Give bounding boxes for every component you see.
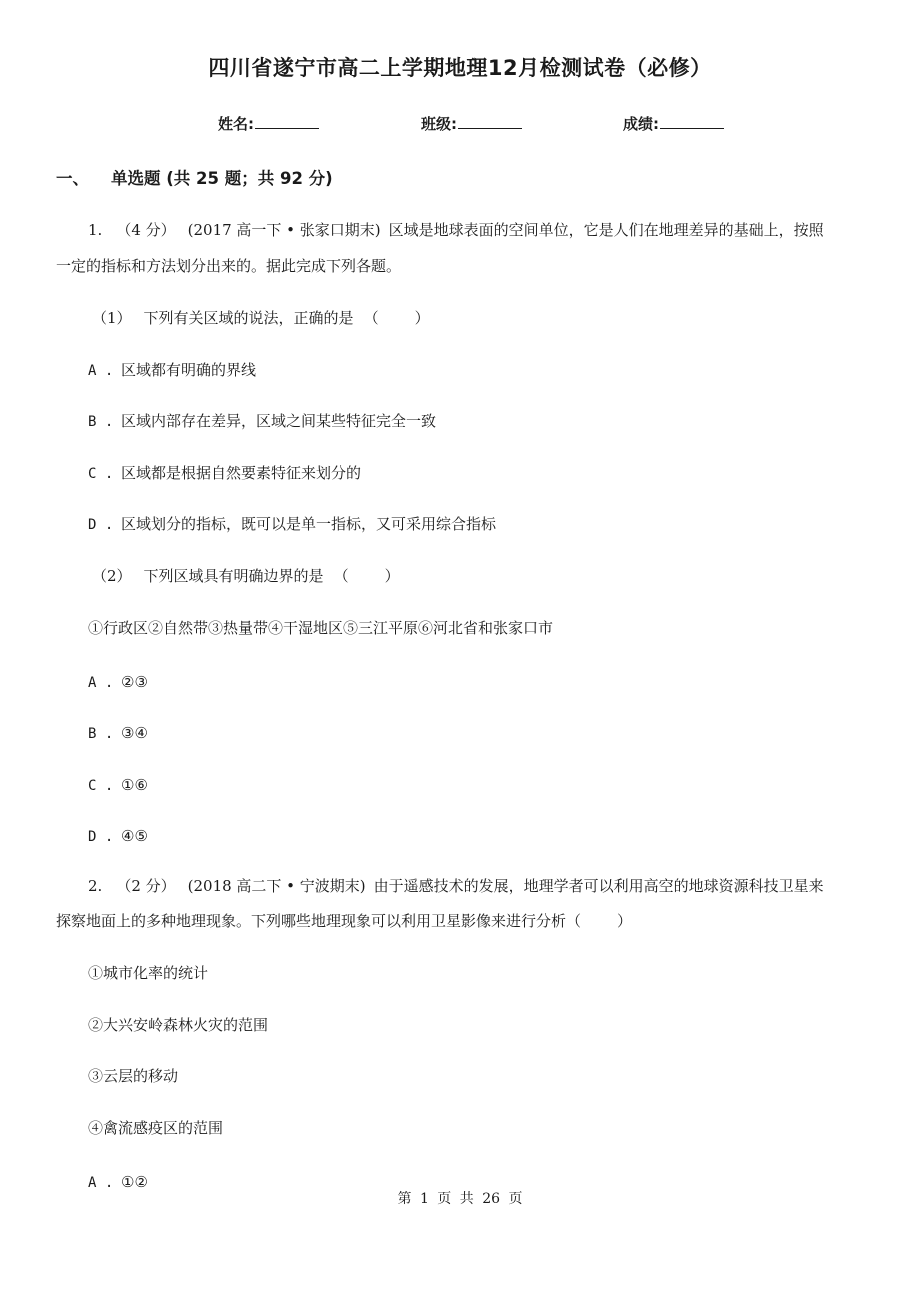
score-field[interactable]: 成绩:	[623, 113, 724, 134]
question-2-stem: 2.（2 分）(2018 高二下 • 宁波期末)由于遥感技术的发展，地理学者可以…	[88, 874, 824, 898]
paren-close: ）	[415, 309, 430, 327]
class-blank[interactable]	[458, 114, 522, 129]
section-title: 单选题 (共 25 题；共 92 分)	[111, 169, 333, 188]
page-footer: 第 1 页 共 26 页	[0, 1188, 920, 1210]
option-letter: C .	[88, 462, 121, 486]
paren-close: ）	[617, 912, 632, 930]
paren-open: （	[334, 567, 349, 585]
sub-question-2-material: ①行政区②自然带③热量带④干湿地区⑤三江平原⑥河北省和张家口市	[88, 616, 553, 640]
option-b[interactable]: B .③④	[88, 721, 148, 746]
question-text: 区域是地球表面的空间单位，它是人们在地理差异的基础上，按照	[389, 221, 824, 239]
option-d[interactable]: D .④⑤	[88, 824, 148, 849]
option-c[interactable]: C .区域都是根据自然要素特征来划分的	[88, 461, 361, 486]
option-c[interactable]: C .①⑥	[88, 773, 148, 798]
class-label: 班级:	[421, 115, 457, 133]
option-letter: B .	[88, 722, 121, 746]
option-text: ③④	[121, 724, 148, 742]
option-a[interactable]: A .区域都有明确的界线	[88, 358, 256, 383]
option-text: 区域都是根据自然要素特征来划分的	[121, 464, 361, 482]
paren-close: ）	[385, 567, 400, 585]
option-letter: D .	[88, 513, 121, 537]
option-d[interactable]: D .区域划分的指标，既可以是单一指标，又可采用综合指标	[88, 512, 496, 537]
statement-item-3: ③云层的移动	[88, 1064, 178, 1088]
question-2-stem-cont: 探察地面上的多种地理现象。下列哪些地理现象可以利用卫星影像来进行分析（）	[56, 909, 632, 933]
question-source: (2017 高一下 • 张家口期末)	[188, 221, 381, 239]
score-blank[interactable]	[660, 114, 724, 129]
option-text: 区域都有明确的界线	[121, 361, 256, 379]
question-source: (2018 高二下 • 宁波期末)	[188, 877, 366, 895]
question-score: （4 分）	[116, 221, 175, 239]
statement-item-4: ④禽流感疫区的范围	[88, 1116, 223, 1140]
name-blank[interactable]	[255, 114, 319, 129]
question-number: 1.	[88, 221, 102, 239]
option-text: 区域划分的指标，既可以是单一指标，又可采用综合指标	[121, 515, 496, 533]
question-1-stem-cont: 一定的指标和方法划分出来的。据此完成下列各题。	[56, 254, 401, 278]
section-number: 一、	[56, 169, 89, 188]
question-1-stem: 1.（4 分）(2017 高一下 • 张家口期末)区域是地球表面的空间单位，它是…	[88, 218, 824, 242]
score-label: 成绩:	[623, 115, 659, 133]
option-text: 区域内部存在差异，区域之间某些特征完全一致	[121, 412, 436, 430]
option-a[interactable]: A .②③	[88, 670, 148, 695]
sub-question-text: 下列区域具有明确边界的是	[144, 567, 324, 585]
sub-question-number: （1）	[92, 309, 132, 327]
sub-question-number: （2）	[92, 567, 132, 585]
name-field[interactable]: 姓名:	[218, 113, 319, 134]
sub-question-text: 下列有关区域的说法，正确的是	[144, 309, 354, 327]
sub-question-2: （2）下列区域具有明确边界的是（）	[92, 564, 400, 588]
statement-item-1: ①城市化率的统计	[88, 961, 208, 985]
option-text: ①⑥	[121, 776, 148, 794]
sub-question-1: （1）下列有关区域的说法，正确的是（）	[92, 306, 430, 330]
option-letter: B .	[88, 410, 121, 434]
page-title: 四川省遂宁市高二上学期地理12月检测试卷（必修）	[0, 52, 920, 84]
paren-open: （	[364, 309, 379, 327]
class-field[interactable]: 班级:	[421, 113, 522, 134]
question-text-cont: 探察地面上的多种地理现象。下列哪些地理现象可以利用卫星影像来进行分析（	[56, 912, 581, 930]
question-text: 由于遥感技术的发展，地理学者可以利用高空的地球资源科技卫星来	[374, 877, 824, 895]
answer-blank[interactable]: （）	[364, 306, 430, 330]
option-letter: C .	[88, 774, 121, 798]
name-label: 姓名:	[218, 115, 254, 133]
section-heading: 一、单选题 (共 25 题；共 92 分)	[56, 166, 333, 192]
statement-item-2: ②大兴安岭森林火灾的范围	[88, 1013, 268, 1037]
option-letter: A .	[88, 671, 121, 695]
option-text: ②③	[121, 673, 148, 691]
answer-blank[interactable]: ）	[581, 909, 632, 933]
answer-blank[interactable]: （）	[334, 564, 400, 588]
question-number: 2.	[88, 877, 102, 895]
student-info-row: 姓名: 班级: 成绩:	[0, 113, 920, 137]
option-letter: A .	[88, 359, 121, 383]
option-letter: D .	[88, 825, 121, 849]
question-score: （2 分）	[116, 877, 175, 895]
option-b[interactable]: B .区域内部存在差异，区域之间某些特征完全一致	[88, 409, 436, 434]
option-text: ④⑤	[121, 827, 148, 845]
